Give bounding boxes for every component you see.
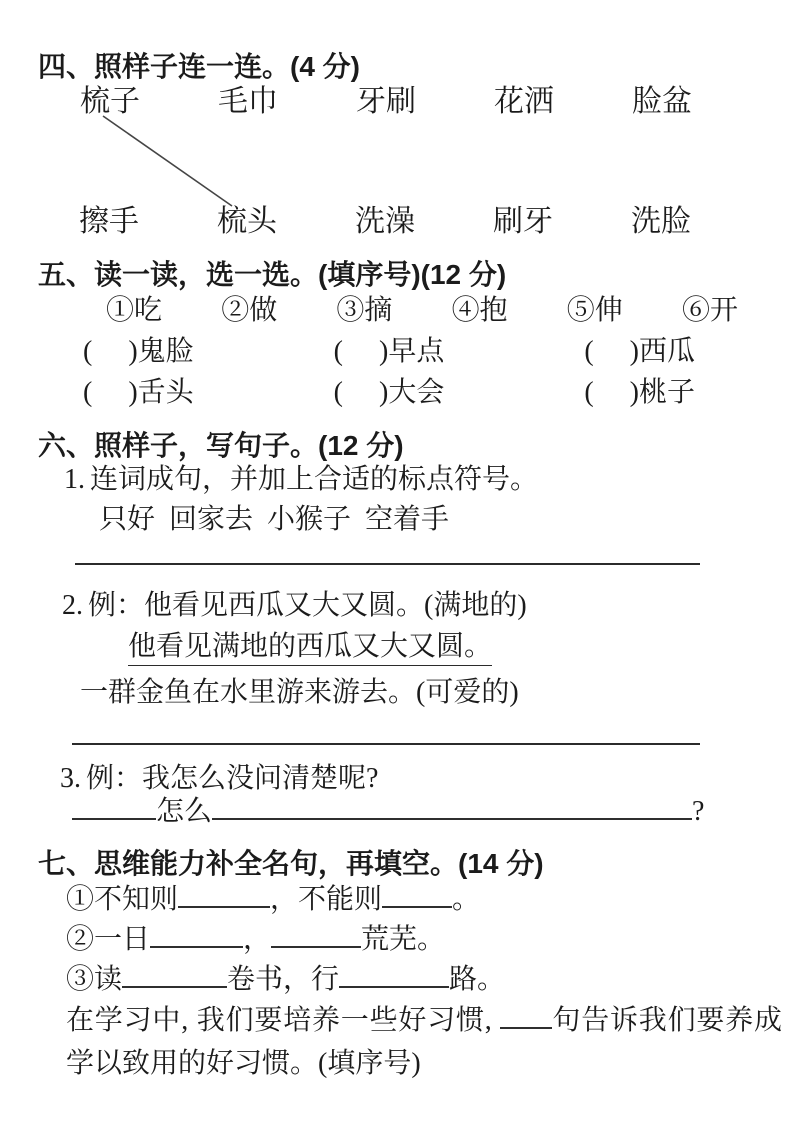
section6-item1-words: 只好 回家去 小猴子 空着手	[99, 504, 449, 536]
option-item: ①吃	[106, 295, 162, 327]
sentence-part: 荒芜。	[361, 924, 445, 955]
section4-title: 四、照样子连一连。(4 分)	[38, 45, 360, 85]
item-example: 例：我怎么没问清楚呢?	[86, 763, 378, 794]
answer-line	[72, 743, 700, 745]
paren-open: (	[334, 377, 343, 408]
paren-open: (	[334, 336, 343, 367]
sentence-part: 句告诉我们要养成	[552, 1005, 782, 1036]
section6-item1: 1.连词成句，并加上合适的标点符号。	[64, 464, 538, 496]
paren-open: (	[83, 377, 92, 408]
item-example: 例：他看见西瓜又大又圆。(满地的)	[88, 590, 527, 621]
answer-item: ()舌头	[83, 377, 194, 409]
fill-blank	[122, 981, 227, 988]
section7-line3: ③读卷书，行路。	[66, 964, 505, 996]
section6-item3: 3.例：我怎么没问清楚呢?	[60, 763, 378, 795]
option-item: ②做	[221, 295, 277, 327]
answer-item: ()早点	[334, 336, 445, 368]
match-word-bottom: 刷牙	[493, 205, 553, 240]
paren-open: (	[584, 336, 593, 367]
fill-blank	[500, 1022, 552, 1029]
section6-item2-prompt: 一群金鱼在水里游来游去。(可爱的)	[80, 677, 519, 709]
match-word-bottom: 梳头	[217, 205, 277, 240]
fill-blank	[271, 941, 361, 948]
paren-close: )	[379, 377, 388, 408]
item-number: 1.	[64, 464, 85, 495]
template-word: 怎么	[156, 796, 212, 827]
fill-blank	[212, 813, 692, 820]
option-item: ⑥开	[682, 295, 738, 327]
answer-word: 桃子	[639, 377, 695, 408]
sentence-part: ①不知则	[66, 884, 178, 915]
answer-word: 舌头	[138, 377, 194, 408]
option-item: ③摘	[336, 295, 392, 327]
section4-bottom-row: 擦手 梳头 洗澡 刷牙 洗脸	[79, 205, 691, 240]
section6-title: 六、照样子，写句子。(12 分)	[38, 424, 404, 464]
sentence-part: ②一日	[66, 924, 150, 955]
section5-title: 五、读一读，选一选。(填序号)(12 分)	[38, 253, 506, 293]
item-number: 2.	[62, 590, 83, 621]
answer-word: 早点	[388, 336, 444, 367]
match-word-top: 牙刷	[356, 85, 416, 120]
answer-word: 大会	[388, 377, 444, 408]
answer-item: ()西瓜	[584, 336, 695, 368]
paren-close: )	[128, 336, 137, 367]
sentence-part: 卷书，行	[227, 964, 339, 995]
sentence-part: 。	[452, 884, 480, 915]
option-item: ⑤伸	[567, 295, 623, 327]
section7-line2: ②一日，荒芜。	[66, 924, 445, 956]
worksheet-page: 四、照样子连一连。(4 分) 梳子 毛巾 牙刷 花洒 脸盆 擦手 梳头 洗澡 刷…	[0, 0, 793, 1122]
paren-open: (	[83, 336, 92, 367]
match-word-bottom: 擦手	[79, 205, 139, 240]
answer-line	[75, 563, 700, 565]
answer-item: ()桃子	[584, 377, 695, 409]
section7-line1: ①不知则，不能则。	[66, 884, 480, 916]
section7-paragraph-line2: 学以致用的好习惯。(填序号)	[66, 1048, 421, 1080]
paren-close: )	[630, 336, 639, 367]
answer-item: ()大会	[334, 377, 445, 409]
item-instruction: 连词成句，并加上合适的标点符号。	[90, 464, 538, 495]
item-number: 3.	[60, 763, 81, 794]
fill-blank	[382, 901, 452, 908]
section6-item2: 2.例：他看见西瓜又大又圆。(满地的)	[62, 590, 527, 622]
match-word-bottom: 洗澡	[355, 205, 415, 240]
sentence-part: ，不能则	[270, 884, 382, 915]
template-end: ?	[692, 796, 704, 827]
model-answer-underlined: 他看见满地的西瓜又大又圆。	[128, 631, 492, 666]
answer-item: ()鬼脸	[83, 336, 194, 368]
answer-word: 西瓜	[639, 336, 695, 367]
fill-blank	[72, 813, 156, 820]
paren-close: )	[379, 336, 388, 367]
fill-blank	[178, 901, 270, 908]
fill-blank	[339, 981, 449, 988]
sentence-part: 路。	[449, 964, 505, 995]
paren-close: )	[630, 377, 639, 408]
sentence-part: ，	[243, 924, 271, 955]
option-item: ④抱	[452, 295, 508, 327]
match-word-top: 花洒	[494, 85, 554, 120]
fill-blank	[150, 941, 243, 948]
sentence-part: 在学习中, 我们要培养一些好习惯,	[66, 1005, 500, 1036]
match-word-bottom: 洗脸	[631, 205, 691, 240]
paren-close: )	[128, 377, 137, 408]
section5-row1: ()鬼脸 ()早点 ()西瓜	[83, 336, 695, 368]
match-line	[95, 110, 245, 215]
match-word-top: 脸盆	[632, 85, 692, 120]
answer-word: 鬼脸	[138, 336, 194, 367]
section5-row2: ()舌头 ()大会 ()桃子	[83, 377, 695, 409]
section5-options: ①吃 ②做 ③摘 ④抱 ⑤伸 ⑥开	[106, 295, 738, 327]
paren-open: (	[584, 377, 593, 408]
section6-item2-model: 他看见满地的西瓜又大又圆。	[128, 631, 492, 663]
section7-paragraph-line1: 在学习中, 我们要培养一些好习惯, 句告诉我们要养成	[66, 1005, 783, 1037]
section7-title: 七、思维能力补全名句，再填空。(14 分)	[38, 842, 544, 882]
section6-item3-template: 怎么?	[72, 796, 704, 828]
sentence-part: ③读	[66, 964, 122, 995]
